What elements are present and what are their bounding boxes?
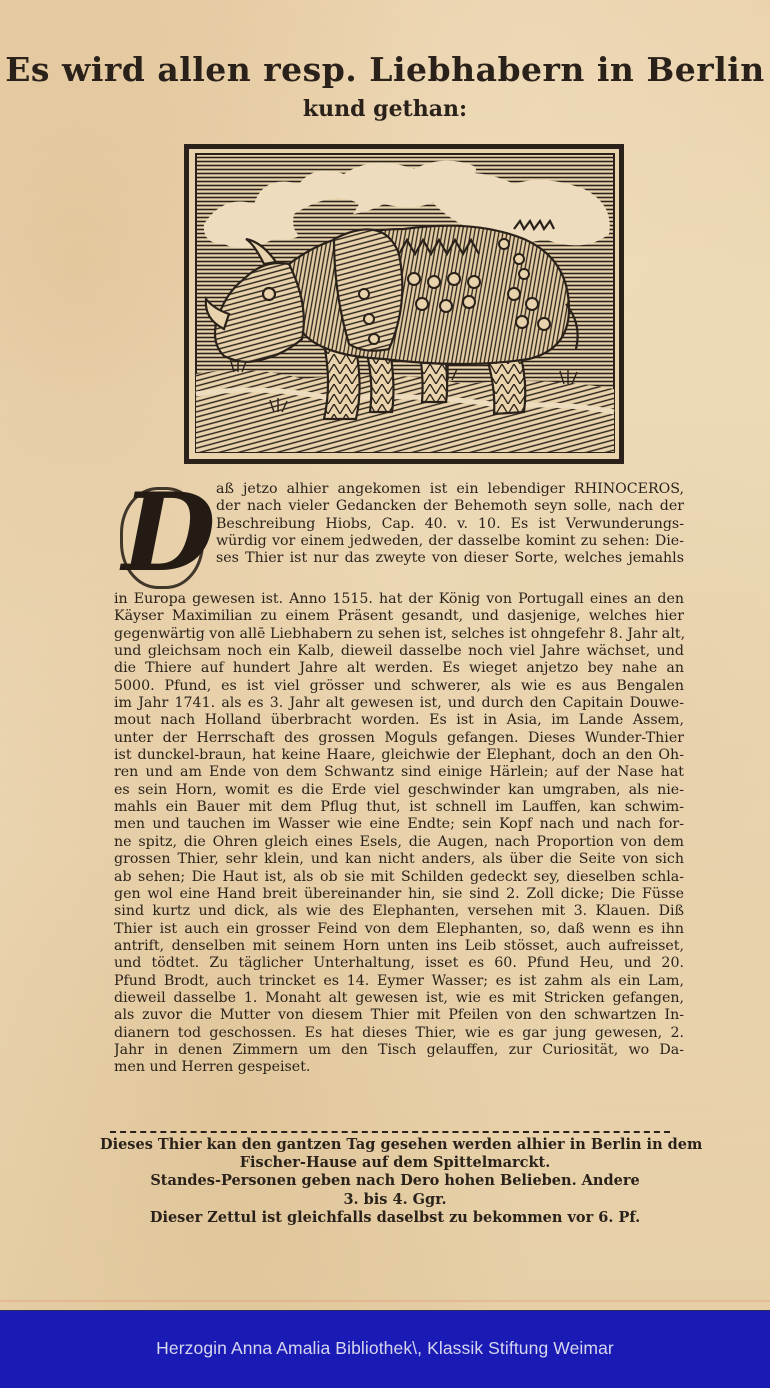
body-line: mahls ein Bauer mit dem Pflug thut, ist … bbox=[114, 799, 684, 816]
body-line: men und tauchen im Wasser wie eine Endte… bbox=[114, 816, 684, 833]
body-line: gegenwärtig von allē Liebhabern zu sehen… bbox=[114, 626, 684, 643]
body-line: würdig vor einem jedweden, der dasselbe … bbox=[216, 533, 684, 550]
section-divider bbox=[110, 1131, 670, 1133]
body-line: antrift, denselben mit seinem Horn unten… bbox=[114, 938, 684, 955]
drop-cap: D bbox=[114, 481, 210, 591]
body-line: und gleichsam noch ein Kalb, dieweil das… bbox=[114, 643, 684, 660]
body-line: Käyser Maximilian zu einem Präsent gesan… bbox=[114, 608, 684, 625]
notice-line: Dieses Thier kan den gantzen Tag gesehen… bbox=[100, 1136, 690, 1154]
notice-line: Fischer-Hause auf dem Spittelmarckt. bbox=[100, 1154, 690, 1172]
body-line: es sein Horn, womit es die Erde viel ges… bbox=[114, 782, 684, 799]
body-line: grossen Thier, sehr klein, und kan nicht… bbox=[114, 851, 684, 868]
notice-line: Dieser Zettul ist gleichfalls daselbst z… bbox=[100, 1209, 690, 1227]
body-line: gen wol eine Hand breit übereinander hin… bbox=[114, 886, 684, 903]
body-line: 5000. Pfund, es ist viel grösser und sch… bbox=[114, 678, 684, 695]
body-line: dianern tod geschossen. Es hat dieses Th… bbox=[114, 1025, 684, 1042]
body-line: ses Thier ist nur das zweyte von dieser … bbox=[216, 550, 684, 567]
body-line: ist dunckel-braun, hat keine Haare, glei… bbox=[114, 747, 684, 764]
body-line: als zuvor die Mutter von diesem Thier mi… bbox=[114, 1007, 684, 1024]
body-text: D aß jetzo alhier angekomen ist ein lebe… bbox=[114, 481, 684, 1077]
body-line: Beschreibung Hiobs, Cap. 40. v. 10. Es i… bbox=[216, 516, 684, 533]
body-line: die Thiere auf hundert Jahre alt werden.… bbox=[114, 660, 684, 677]
viewing-notice: Dieses Thier kan den gantzen Tag gesehen… bbox=[100, 1136, 690, 1227]
body-line: Thier ist auch ein grosser Feind von dem… bbox=[114, 921, 684, 938]
notice-line: Standes-Personen geben nach Dero hohen B… bbox=[100, 1172, 690, 1190]
body-line: mout nach Holland überbracht worden. Es … bbox=[114, 712, 684, 729]
body-line: Jahr in denen Zimmern um den Tisch gelau… bbox=[114, 1042, 684, 1059]
body-line: men und Herren gespeiset. bbox=[114, 1059, 684, 1076]
body-line: Pfund Brodt, auch trincket es 14. Eymer … bbox=[114, 973, 684, 990]
credit-text: Herzogin Anna Amalia Bibliothek\, Klassi… bbox=[0, 1338, 770, 1359]
body-line: unter der Herrschaft des grossen Moguls … bbox=[114, 730, 684, 747]
body-line: ab sehen; Die Haut ist, als ob sie mit S… bbox=[114, 869, 684, 886]
body-line: dieweil dasselbe 1. Monaht alt gewesen i… bbox=[114, 990, 684, 1007]
body-line: aß jetzo alhier angekomen ist ein lebend… bbox=[216, 481, 684, 498]
notice-line: 3. bis 4. Ggr. bbox=[100, 1191, 690, 1209]
rhinoceros-woodcut-icon bbox=[184, 144, 624, 464]
body-line: ne spitz, die Ohren gleich eines Esels, … bbox=[114, 834, 684, 851]
body-line: im Jahr 1741. als es 3. Jahr alt gewesen… bbox=[114, 695, 684, 712]
body-line: ren und am Ende von dem Schwantz sind ei… bbox=[114, 764, 684, 781]
credit-bar: Herzogin Anna Amalia Bibliothek\, Klassi… bbox=[0, 1310, 770, 1388]
body-line: der nach vieler Gedancken der Behemoth s… bbox=[216, 498, 684, 515]
body-line: sind kurtz und dick, als wie des Elephan… bbox=[114, 903, 684, 920]
body-line: und tödtet. Zu täglicher Unterhaltung, i… bbox=[114, 955, 684, 972]
headline: Es wird allen resp. Liebhabern in Berlin bbox=[0, 50, 770, 90]
subheadline: kund gethan: bbox=[0, 95, 770, 123]
